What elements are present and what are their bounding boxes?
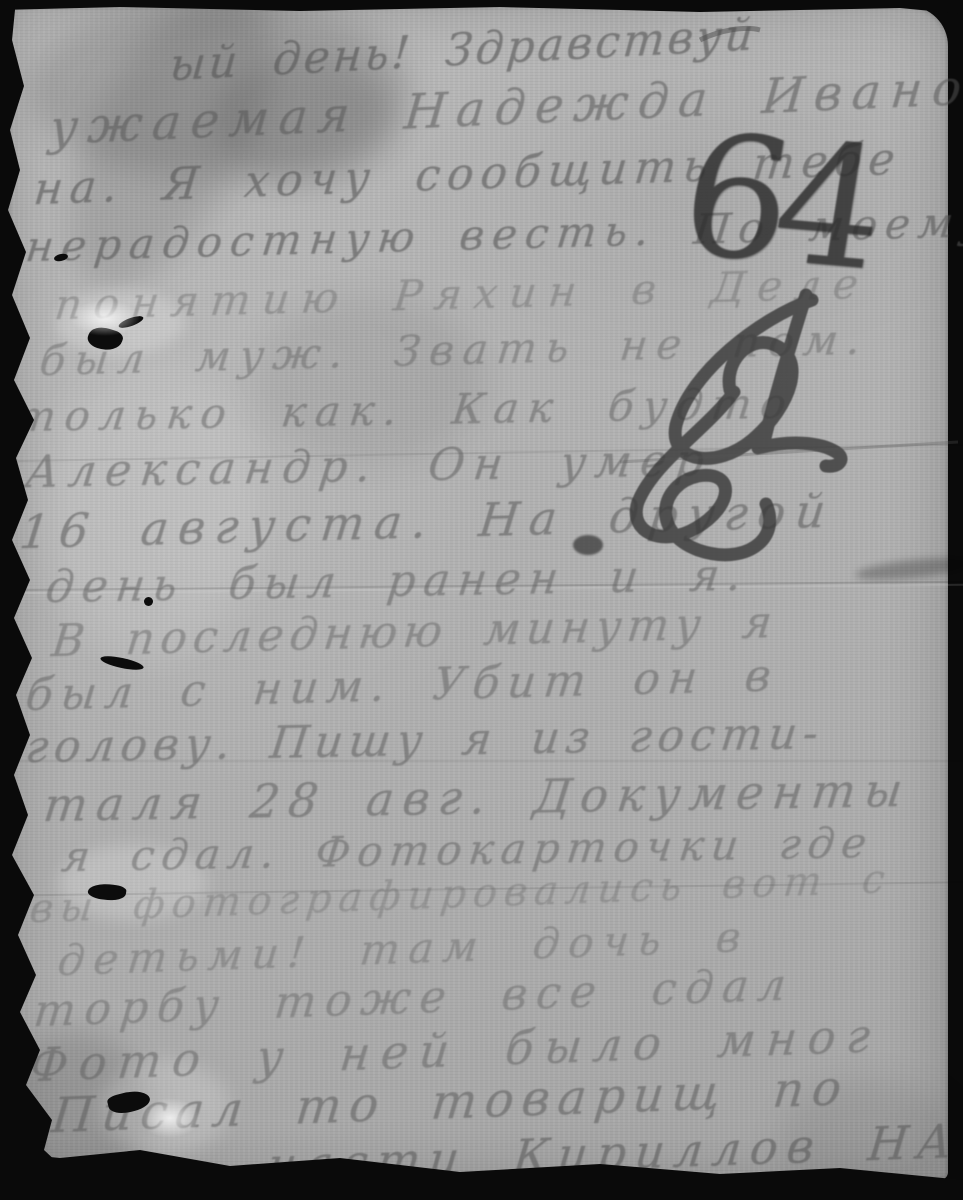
letter-paper: [8, 6, 948, 1180]
scanned-letter-page: ый день! Здравствуйужаемая Надежда Ивано…: [0, 0, 963, 1200]
